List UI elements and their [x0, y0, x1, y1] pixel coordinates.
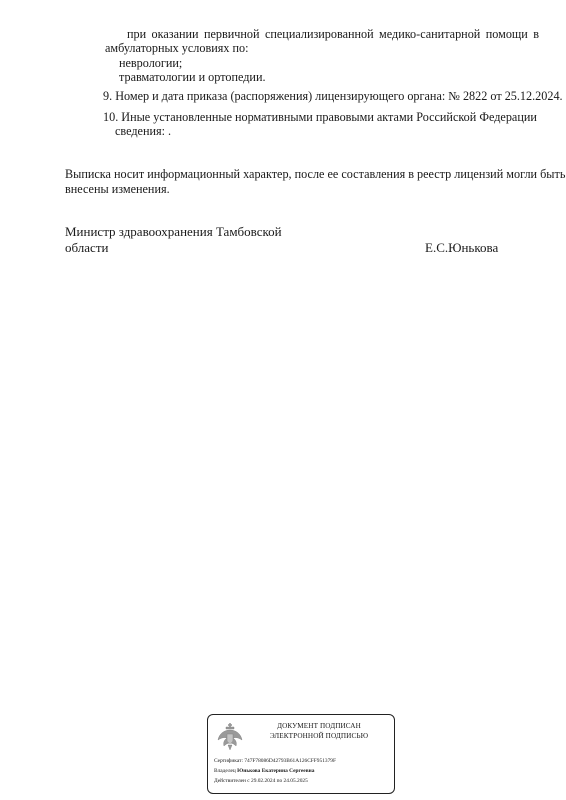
signatory-title-line2: области [65, 240, 108, 256]
stamp-title: ДОКУМЕНТ ПОДПИСАН ЭЛЕКТРОННОЙ ПОДПИСЬЮ [248, 721, 390, 741]
certificate-line: Сертификат: 747F78086D42793B61A126CFF951… [214, 758, 336, 765]
notice-line2: внесены изменения. [65, 181, 170, 197]
electronic-signature-stamp: ДОКУМЕНТ ПОДПИСАН ЭЛЕКТРОННОЙ ПОДПИСЬЮ С… [207, 714, 395, 794]
coat-of-arms-eagle-icon [216, 721, 244, 753]
list-item: травматологии и ортопедии. [119, 69, 266, 85]
notice-line1: Выписка носит информационный характер, п… [65, 166, 565, 182]
point-9: 9. Номер и дата приказа (распоряжения) л… [103, 88, 563, 104]
para-intro-line2: амбулаторных условиях по: [105, 40, 249, 56]
validity-line: Действителен с 29.02.2024 по 24.05.2025 [214, 778, 308, 785]
point-10-line2: сведения: . [115, 123, 171, 139]
signatory-title-line1: Министр здравоохранения Тамбовской [65, 224, 282, 240]
signatory-name: Е.С.Юнькова [425, 240, 498, 256]
owner-line: Владелец Юнькова Екатерина Сергеевна [214, 768, 314, 775]
